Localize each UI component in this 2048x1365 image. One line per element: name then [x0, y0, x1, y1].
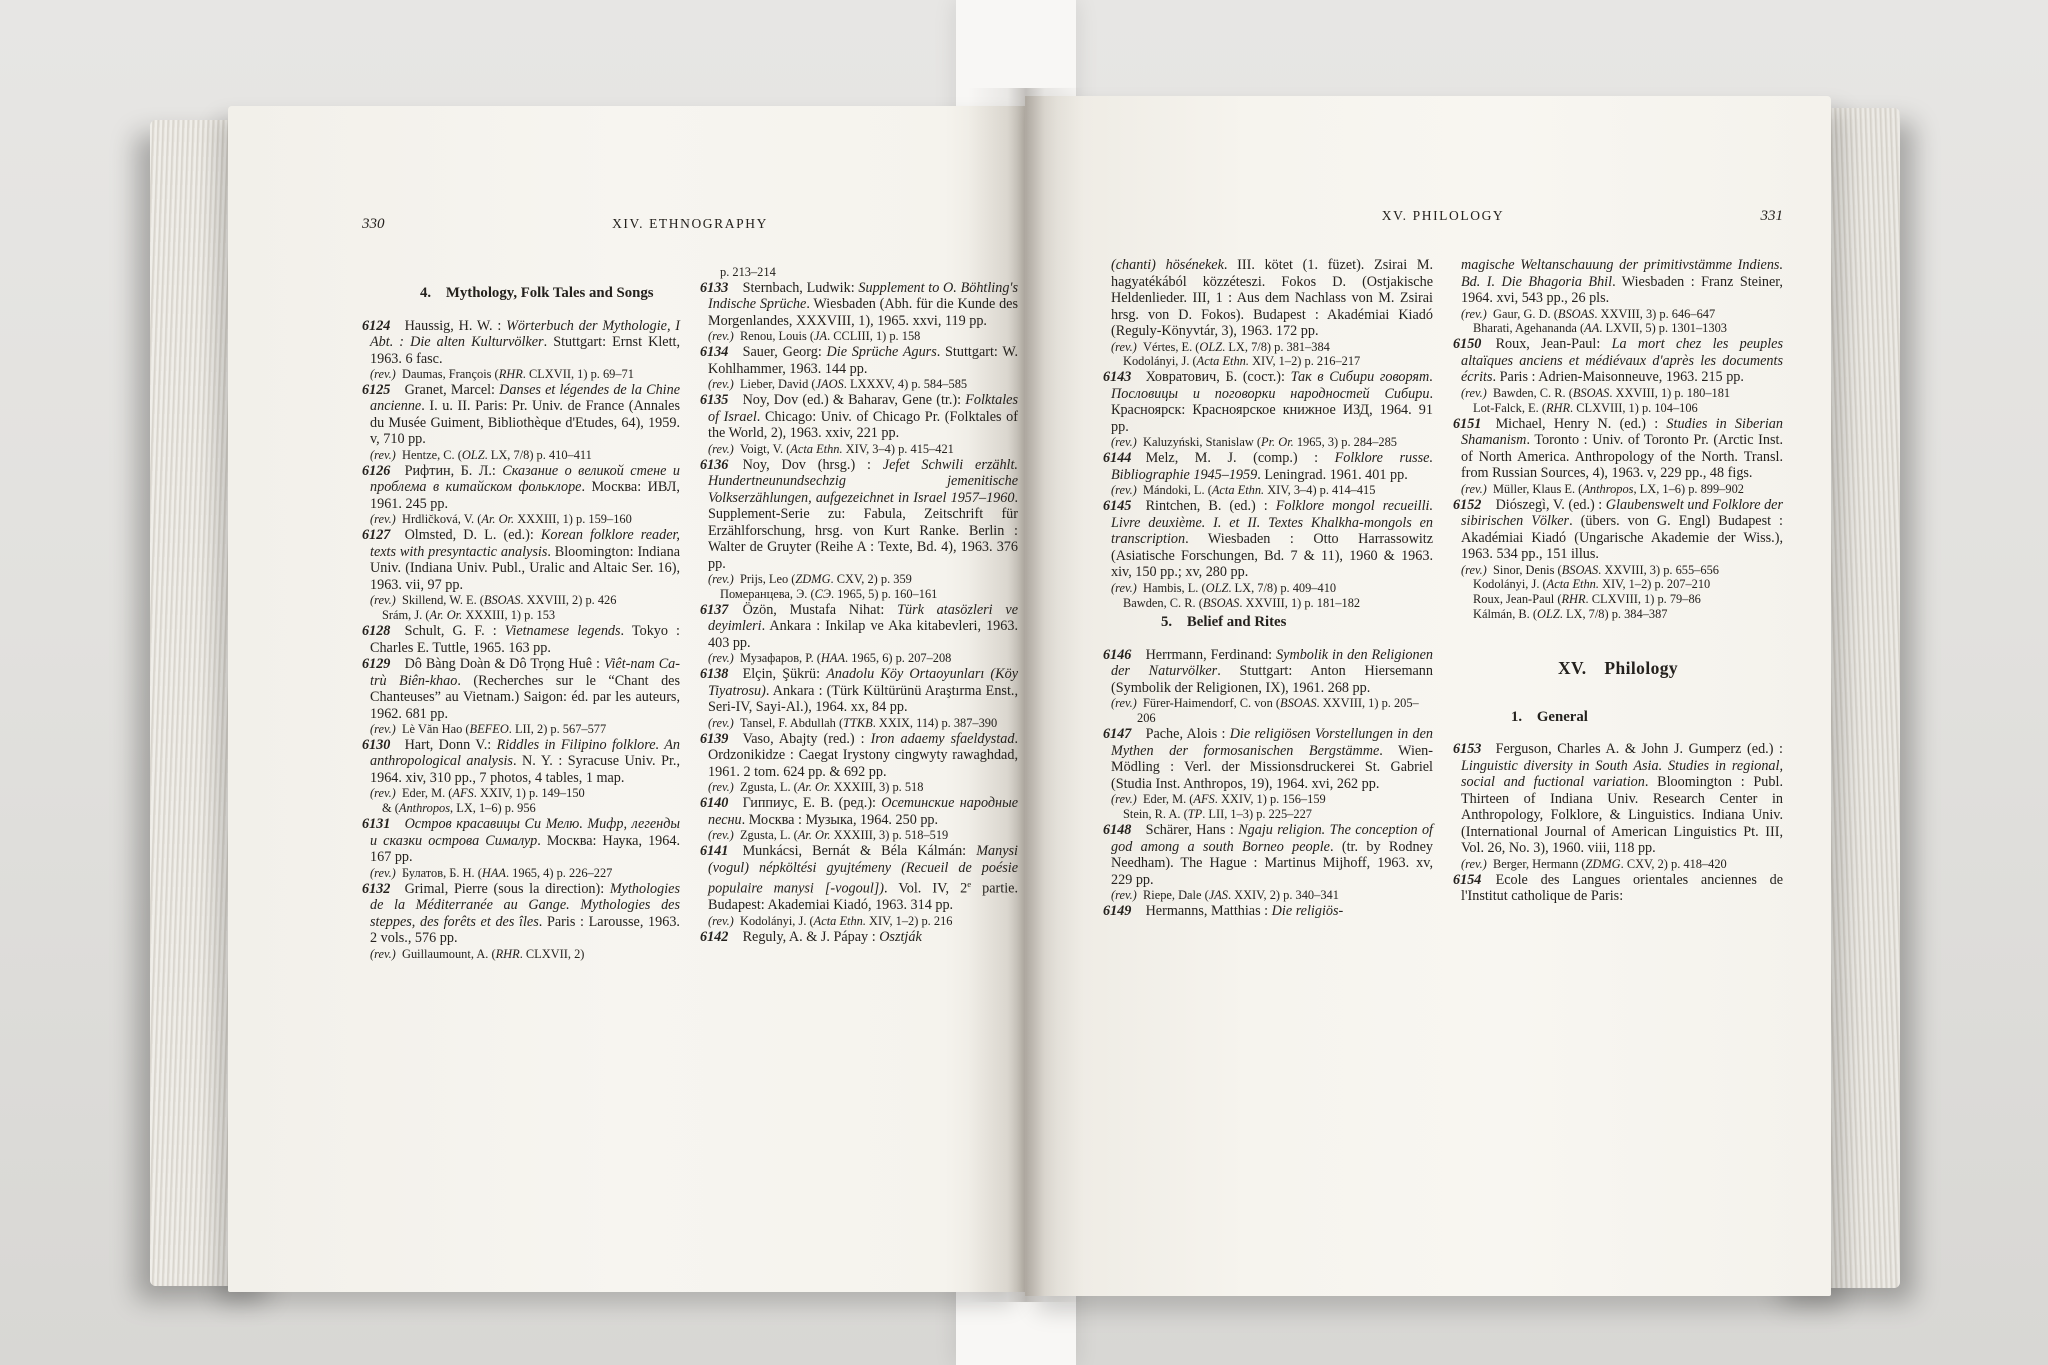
text-run: Olmsted, D. L. (ed.):: [390, 527, 541, 543]
text-run: Elçin, Şükrü:: [728, 666, 826, 682]
text-run: . LX, 7/8) p. 381–384: [1222, 340, 1330, 354]
text-run: Özön, Mustafa Nihat:: [728, 602, 897, 618]
running-head-title: XIV. ETHNOGRAPHY: [612, 216, 768, 232]
bib-entry: 6153 Ferguson, Charles A. & John J. Gump…: [1453, 741, 1783, 857]
review-line: (rev.) Hrdličková, V. (Ar. Or. XXXIII, 1…: [362, 512, 680, 527]
text-run: СЭ: [815, 587, 831, 601]
text-run: BSOAS: [1558, 307, 1594, 321]
text-run: Hermanns, Matthias :: [1131, 903, 1271, 919]
review-line: Kálmán, B. (OLZ. LX, 7/8) p. 384–387: [1453, 607, 1783, 622]
text-run: Музафаров, Р. (: [734, 651, 821, 665]
text-run: Acta Ethn.: [1212, 483, 1264, 497]
text-run: (rev.): [1111, 435, 1137, 449]
text-run: Voigt, V. (: [734, 442, 790, 456]
text-run: Belief and Rites: [1187, 614, 1286, 630]
text-run: Померанцева, Э. (: [720, 587, 815, 601]
text-run: Noy, Dov (ed.) & Baharav, Gene (tr.):: [728, 392, 965, 408]
review-line: (rev.) Zgusta, L. (Ar. Or. XXXIII, 3) p.…: [700, 828, 1018, 843]
bib-entry: 6124 Haussig, H. W. : Wörterbuch der Myt…: [362, 318, 680, 368]
text-run: . LX, 7/8) p. 409–410: [1228, 581, 1336, 595]
text-run: 6125: [362, 382, 390, 398]
text-run: 5.: [1161, 614, 1187, 630]
text-run: Berger, Hermann (: [1487, 857, 1586, 871]
text-run: (rev.): [708, 572, 734, 586]
text-run: Srám, J. (: [382, 608, 430, 622]
review-line: Bawden, C. R. (BSOAS. XXVIII, 1) p. 181–…: [1103, 596, 1433, 611]
text-run: . XXIX, 114) p. 387–390: [873, 716, 997, 730]
entry-continuation: magische Weltanschauung der primitivstäm…: [1453, 257, 1783, 307]
review-line: (rev.) Музафаров, Р. (НАА. 1965, 6) p. 2…: [700, 651, 1018, 666]
bib-entry: 6132 Grimal, Pierre (sous la direction):…: [362, 881, 680, 947]
text-run: OLZ: [462, 448, 485, 462]
text-run: 6129: [362, 656, 390, 672]
text-run: , LX, 1–6) p. 956: [450, 801, 536, 815]
review-line: Roux, Jean-Paul (RHR. CLXVIII, 1) p. 79–…: [1453, 592, 1783, 607]
text-run: Kodolányi, J. (: [1473, 577, 1547, 591]
text-run: (rev.): [1461, 386, 1487, 400]
text-run: Roux, Jean-Paul:: [1481, 336, 1611, 352]
bib-entry: 6134 Sauer, Georg: Die Sprüche Agurs. St…: [700, 344, 1018, 377]
text-run: Haussig, H. W. :: [390, 318, 506, 334]
text-run: . 1965, 4) p. 226–227: [506, 866, 612, 880]
text-run: НАА: [821, 651, 845, 665]
review-line: (rev.) Mándoki, L. (Acta Ethn. XIV, 3–4)…: [1103, 483, 1433, 498]
text-run: . LX, 7/8) p. 410–411: [485, 448, 592, 462]
bib-entry: 6128 Schult, G. F. : Vietnamese legends.…: [362, 623, 680, 656]
text-run: 6127: [362, 527, 390, 543]
text-run: (rev.): [708, 442, 734, 456]
text-run: BSOAS: [1573, 386, 1609, 400]
review-line: Stein, R. A. (TP. LII, 1–3) p. 225–227: [1103, 807, 1433, 822]
text-run: RHR: [496, 947, 520, 961]
text-run: НАА: [482, 866, 506, 880]
text-run: General: [1537, 709, 1588, 725]
text-run: . XXVIII, 3) p. 646–647: [1594, 307, 1715, 321]
text-run: Schult, G. F. :: [390, 623, 504, 639]
text-run: OLZ: [1199, 340, 1222, 354]
bib-entry: 6126 Рифтин, Б. Л.: Сказание о великой с…: [362, 463, 680, 513]
text-run: Diószegì, V. (ed.) :: [1481, 497, 1605, 513]
text-run: ZDMG: [795, 572, 830, 586]
text-run: Melz, M. J. (comp.) :: [1131, 450, 1334, 466]
bib-entry: 6145 Rintchen, B. (ed.) : Folklore mongo…: [1103, 498, 1433, 581]
text-run: 6152: [1453, 497, 1481, 513]
text-run: Ecole des Langues orientales anciennes d…: [1461, 872, 1783, 905]
text-run: Herrmann, Ferdinand:: [1131, 647, 1276, 663]
text-run: (rev.): [1111, 792, 1137, 806]
text-run: Lieber, David (: [734, 377, 816, 391]
review-line: (rev.) Hentze, C. (OLZ. LX, 7/8) p. 410–…: [362, 448, 680, 463]
review-line: (rev.) Sinor, Denis (BSOAS. XXVIII, 3) p…: [1453, 563, 1783, 578]
text-run: Roux, Jean-Paul (: [1473, 592, 1561, 606]
review-line: (rev.) Berger, Hermann (ZDMG. CXV, 2) p.…: [1453, 857, 1783, 872]
text-run: . CXV, 2) p. 418–420: [1621, 857, 1727, 871]
text-run: . Paris : Adrien-Maisonneuve, 1963. 215 …: [1493, 369, 1744, 385]
review-line: (rev.) Fürer-Haimendorf, C. von (BSOAS. …: [1103, 696, 1433, 726]
review-line: & (Anthropos, LX, 1–6) p. 956: [362, 801, 680, 816]
text-run: (rev.): [1461, 857, 1487, 871]
text-run: 6137: [700, 602, 728, 618]
text-run: XV. Philology: [1558, 658, 1678, 678]
text-run: 6130: [362, 737, 390, 753]
text-run: p. 213–214: [720, 265, 776, 279]
text-run: Zgusta, L. (: [734, 780, 798, 794]
text-run: 1.: [1511, 709, 1537, 725]
text-run: XXXIII, 1) p. 153: [462, 608, 555, 622]
text-run: . CCLIII, 1) p. 158: [827, 329, 920, 343]
text-run: Vaso, Abajty (red.) :: [728, 731, 870, 747]
right-page-text: XV. PHILOLOGY 331 (chanti) hösénekek. II…: [1103, 208, 1783, 919]
text-run: . XXVIII, 1) p. 180–181: [1609, 386, 1730, 400]
text-run: Ar. Or.: [798, 780, 831, 794]
text-run: Schärer, Hans :: [1131, 822, 1238, 838]
text-run: 6144: [1103, 450, 1131, 466]
text-run: Renou, Louis (: [734, 329, 814, 343]
bib-entry: 6143 Ховратович, Б. (сост.): Так в Сибир…: [1103, 369, 1433, 435]
text-run: (rev.): [370, 512, 396, 526]
text-run: (rev.): [1111, 581, 1137, 595]
text-run: XIV, 1–2) p. 216: [866, 914, 953, 928]
text-run: (rev.): [708, 716, 734, 730]
text-run: XIV, 3–4) p. 414–415: [1264, 483, 1375, 497]
text-run: Hambis, L. (: [1137, 581, 1206, 595]
bib-entry: 6149 Hermanns, Matthias : Die religiös-: [1103, 903, 1433, 920]
text-run: Granet, Marcel:: [390, 382, 499, 398]
text-run: Die Sprüche Agurs: [827, 344, 937, 360]
text-run: Acta Ethn.: [1547, 577, 1599, 591]
running-head-right: XV. PHILOLOGY 331: [1103, 208, 1783, 225]
text-run: Michael, Henry N. (ed.) :: [1481, 416, 1666, 432]
text-run: Daumas, François (: [396, 367, 499, 381]
page-number: 331: [1737, 208, 1783, 225]
review-line: (rev.) Hambis, L. (OLZ. LX, 7/8) p. 409–…: [1103, 581, 1433, 596]
text-run: Булатов, Б. Н. (: [396, 866, 482, 880]
text-run: 6132: [362, 881, 390, 897]
text-run: 6147: [1103, 726, 1131, 742]
text-run: Guillaumount, A. (: [396, 947, 496, 961]
text-run: Lè Văn Hao (: [396, 722, 470, 736]
review-line: (rev.) Vértes, E. (OLZ. LX, 7/8) p. 381–…: [1103, 340, 1433, 355]
text-run: . XXVIII, 3) p. 655–656: [1598, 563, 1719, 577]
text-run: Anthropos: [1582, 482, 1633, 496]
text-run: Bawden, C. R. (: [1487, 386, 1573, 400]
text-run: [390, 816, 404, 832]
text-run: Fürer-Haimendorf, C. von (: [1137, 696, 1280, 710]
review-line: Srám, J. (Ar. Or. XXXIII, 1) p. 153: [362, 608, 680, 623]
text-run: (rev.): [370, 593, 396, 607]
text-run: 6141: [700, 843, 728, 859]
text-run: Gaur, G. D. (: [1487, 307, 1558, 321]
text-run: (rev.): [708, 329, 734, 343]
review-line: Kodolányi, J. (Acta Ethn. XIV, 1–2) p. 2…: [1453, 577, 1783, 592]
page-number: 330: [362, 216, 408, 233]
text-run: . XXVIII, 1) p. 181–182: [1239, 596, 1360, 610]
text-run: (rev.): [1111, 696, 1137, 710]
text-run: RHR: [1546, 401, 1570, 415]
review-line: p. 213–214: [700, 265, 1018, 280]
text-run: 6148: [1103, 822, 1131, 838]
text-run: BEFEO: [470, 722, 509, 736]
text-run: (rev.): [708, 828, 734, 842]
text-run: . XXIV, 1) p. 156–159: [1215, 792, 1326, 806]
text-run: Рифтин, Б. Л.:: [390, 463, 502, 479]
text-run: Kaluzyński, Stanislaw (: [1137, 435, 1261, 449]
text-run: . XXIV, 2) p. 340–341: [1228, 888, 1339, 902]
text-run: JAOS: [816, 377, 844, 391]
review-line: (rev.) Guillaumount, A. (RHR. CLXVII, 2): [362, 947, 680, 962]
section-heading: 1. General: [1453, 709, 1783, 726]
text-run: Bharati, Agehananda (: [1473, 321, 1584, 335]
text-run: Riepe, Dale (: [1137, 888, 1209, 902]
review-line: Померанцева, Э. (СЭ. 1965, 5) p. 160–161: [700, 587, 1018, 602]
review-line: (rev.) Lieber, David (JAOS. LXXXV, 4) p.…: [700, 377, 1018, 392]
bib-entry: 6144 Melz, M. J. (comp.) : Folklore russ…: [1103, 450, 1433, 483]
text-run: . CLXVII, 1) p. 69–71: [523, 367, 634, 381]
text-run: AFS: [452, 786, 473, 800]
text-run: XXXIII, 3) p. 518: [831, 780, 924, 794]
column-2: p. 213–2146133 Sternbach, Ludwik: Supple…: [700, 265, 1018, 962]
text-run: 6153: [1453, 741, 1481, 757]
text-run: Osztják: [879, 929, 922, 945]
review-line: (rev.) Gaur, G. D. (BSOAS. XXVIII, 3) p.…: [1453, 307, 1783, 322]
text-run: 6128: [362, 623, 390, 639]
text-run: Pr. Or.: [1261, 435, 1294, 449]
running-head-title: XV. PHILOLOGY: [1382, 208, 1505, 224]
review-line: (rev.) Daumas, François (RHR. CLXVII, 1)…: [362, 367, 680, 382]
text-run: . 1965, 6) p. 207–208: [845, 651, 951, 665]
text-run: Tansel, F. Abdullah (: [734, 716, 843, 730]
chapter-heading: XV. Philology: [1453, 660, 1783, 677]
text-run: Rintchen, B. (ed.) :: [1131, 498, 1275, 514]
text-run: Mythology, Folk Tales and Songs: [446, 285, 654, 301]
review-line: (rev.) Renou, Louis (JA. CCLIII, 1) p. 1…: [700, 329, 1018, 344]
bib-entry: 6142 Reguly, A. & J. Pápay : Osztják: [700, 929, 1018, 946]
text-run: Hentze, C. (: [396, 448, 462, 462]
bib-entry: 6129 Dô Bàng Doàn & Dô Trọng Huê : Viêt-…: [362, 656, 680, 722]
text-run: Pache, Alois :: [1131, 726, 1229, 742]
column-4: magische Weltanschauung der primitivstäm…: [1453, 257, 1783, 919]
text-run: Kodolányi, J. (: [734, 914, 814, 928]
bib-entry: 6151 Michael, Henry N. (ed.) : Studies i…: [1453, 416, 1783, 482]
text-run: (rev.): [370, 367, 396, 381]
text-run: (rev.): [1461, 307, 1487, 321]
text-run: AA: [1584, 321, 1599, 335]
text-run: BSOAS: [484, 593, 520, 607]
bib-entry: 6139 Vaso, Abajty (red.) : Iron adaemy s…: [700, 731, 1018, 781]
left-page-columns: 4. Mythology, Folk Tales and Songs6124 H…: [362, 265, 1018, 962]
text-run: Ferguson, Charles A. & John J. Gumperz (…: [1481, 741, 1783, 757]
text-run: Iron adaemy sfaeldystad: [871, 731, 1015, 747]
text-run: RHR: [1561, 592, 1585, 606]
text-run: (rev.): [370, 722, 396, 736]
section-heading: 5. Belief and Rites: [1103, 614, 1433, 631]
text-run: . CLXVIII, 1) p. 104–106: [1570, 401, 1698, 415]
text-run: 6138: [700, 666, 728, 682]
review-line: (rev.) Tansel, F. Abdullah (TTKB. XXIX, …: [700, 716, 1018, 731]
review-line: (rev.) Riepe, Dale (JAS. XXIV, 2) p. 340…: [1103, 888, 1433, 903]
text-run: . 1965, 5) p. 160–161: [831, 587, 937, 601]
text-run: 4.: [420, 285, 446, 301]
entry-continuation: (chanti) hösénekek. III. kötet (1. füzet…: [1103, 257, 1433, 340]
text-run: Prijs, Leo (: [734, 572, 796, 586]
text-run: Ховратович, Б. (сост.):: [1131, 369, 1290, 385]
text-run: Die religiös-: [1272, 903, 1344, 919]
text-run: Eder, M. (: [396, 786, 453, 800]
review-line: (rev.) Kaluzyński, Stanislaw (Pr. Or. 19…: [1103, 435, 1433, 450]
text-run: Vértes, E. (: [1137, 340, 1200, 354]
text-run: Zgusta, L. (: [734, 828, 798, 842]
text-run: 6139: [700, 731, 728, 747]
review-line: Bharati, Agehananda (AA. LXVII, 5) p. 13…: [1453, 321, 1783, 336]
section-heading: 4. Mythology, Folk Tales and Songs: [362, 285, 680, 302]
text-run: 6126: [362, 463, 390, 479]
text-run: . Vol. IV, 2: [884, 881, 967, 897]
text-run: (rev.): [370, 866, 396, 880]
text-run: AFS: [1193, 792, 1214, 806]
bib-entry: 6148 Schärer, Hans : Ngaju religion. The…: [1103, 822, 1433, 888]
review-line: (rev.) Voigt, V. (Acta Ethn. XIV, 3–4) p…: [700, 442, 1018, 457]
text-run: (rev.): [708, 651, 734, 665]
text-run: (rev.): [708, 914, 734, 928]
text-run: 6150: [1453, 336, 1481, 352]
review-line: (rev.) Eder, M. (AFS. XXIV, 1) p. 156–15…: [1103, 792, 1433, 807]
left-page-text: 330 XIV. ETHNOGRAPHY 4. Mythology, Folk …: [362, 216, 1018, 962]
right-page-columns: (chanti) hösénekek. III. kötet (1. füzet…: [1103, 257, 1783, 919]
text-run: . LX, 7/8) p. 384–387: [1560, 607, 1668, 621]
text-run: (rev.): [1111, 483, 1137, 497]
text-run: (rev.): [370, 786, 396, 800]
text-run: (rev.): [708, 780, 734, 794]
bib-entry: 6152 Diószegì, V. (ed.) : Glaubenswelt u…: [1453, 497, 1783, 563]
text-run: 6134: [700, 344, 728, 360]
text-run: Kálmán, B. (: [1473, 607, 1537, 621]
text-run: . LII, 1–3) p. 225–227: [1202, 807, 1312, 821]
bib-entry: 6136 Noy, Dov (hrsg.) : Jefet Schwili er…: [700, 457, 1018, 573]
text-run: & (: [382, 801, 399, 815]
text-run: 6133: [700, 280, 728, 296]
text-run: Müller, Klaus E. (: [1487, 482, 1583, 496]
review-line: Lot-Falck, E. (RHR. CLXVIII, 1) p. 104–1…: [1453, 401, 1783, 416]
bib-entry: 6137 Özön, Mustafa Nihat: Türk atasözler…: [700, 602, 1018, 652]
text-run: 6140: [700, 795, 728, 811]
review-line: (rev.) Müller, Klaus E. (Anthropos, LX, …: [1453, 482, 1783, 497]
review-line: (rev.) Skillend, W. E. (BSOAS. XXVIII, 2…: [362, 593, 680, 608]
review-line: Kodolányi, J. (Acta Ethn. XIV, 1–2) p. 2…: [1103, 354, 1433, 369]
text-run: (rev.): [370, 448, 396, 462]
bib-entry: 6131 Остров красавицы Си Мелю. Мифр, лег…: [362, 816, 680, 866]
text-run: BSOAS: [1280, 696, 1316, 710]
text-run: Acta Ethn.: [790, 442, 842, 456]
text-run: 6142: [700, 929, 728, 945]
text-run: 6131: [362, 816, 390, 832]
bib-entry: 6141 Munkácsi, Bernát & Béla Kálmán: Man…: [700, 843, 1018, 914]
bib-entry: 6154 Ecole des Langues orientales ancien…: [1453, 872, 1783, 905]
text-run: Sternbach, Ludwik:: [728, 280, 858, 296]
review-line: (rev.) Bawden, C. R. (BSOAS. XXVIII, 1) …: [1453, 386, 1783, 401]
text-run: Sauer, Georg:: [728, 344, 826, 360]
text-run: (rev.): [1111, 340, 1137, 354]
text-run: XIV, 3–4) p. 415–421: [843, 442, 954, 456]
text-run: . XXVIII, 2) p. 426: [520, 593, 616, 607]
text-run: TTKB: [843, 716, 873, 730]
column-3: (chanti) hösénekek. III. kötet (1. füzet…: [1103, 257, 1433, 919]
text-run: . LXVII, 5) p. 1301–1303: [1599, 321, 1727, 335]
text-run: (rev.): [1461, 563, 1487, 577]
text-run: Hart, Donn V.:: [390, 737, 496, 753]
review-line: (rev.) Lè Văn Hao (BEFEO. LII, 2) p. 567…: [362, 722, 680, 737]
text-run: 6154: [1453, 872, 1481, 888]
text-run: Гиппиус, Е. В. (ред.):: [728, 795, 881, 811]
text-run: TP: [1188, 807, 1202, 821]
text-run: (rev.): [370, 947, 396, 961]
bib-entry: 6127 Olmsted, D. L. (ed.): Korean folklo…: [362, 527, 680, 593]
text-run: (rev.): [1111, 888, 1137, 902]
text-run: 6149: [1103, 903, 1131, 919]
text-run: 6124: [362, 318, 390, 334]
text-run: . XXIV, 1) p. 149–150: [474, 786, 585, 800]
text-run: 1965, 3) p. 284–285: [1294, 435, 1397, 449]
bib-entry: 6125 Granet, Marcel: Danses et légendes …: [362, 382, 680, 448]
text-run: XXXIII, 3) p. 518–519: [831, 828, 949, 842]
text-run: 6136: [700, 457, 728, 473]
text-run: Mándoki, L. (: [1137, 483, 1212, 497]
review-line: (rev.) Eder, M. (AFS. XXIV, 1) p. 149–15…: [362, 786, 680, 801]
text-run: ZDMG: [1586, 857, 1621, 871]
text-run: 6135: [700, 392, 728, 408]
text-run: . LXXXV, 4) p. 584–585: [844, 377, 967, 391]
bib-entry: 6138 Elçin, Şükrü: Anadolu Köy Ortaoyunl…: [700, 666, 1018, 716]
column-1: 4. Mythology, Folk Tales and Songs6124 H…: [362, 265, 680, 962]
text-run: Stein, R. A. (: [1123, 807, 1188, 821]
text-run: . Leningrad. 1961. 401 pp.: [1257, 467, 1408, 483]
text-run: Lot-Falck, E. (: [1473, 401, 1546, 415]
text-run: 6151: [1453, 416, 1481, 432]
text-run: Ar. Or.: [430, 608, 463, 622]
text-run: Anthropos: [399, 801, 450, 815]
text-run: (rev.): [708, 377, 734, 391]
text-run: Reguly, A. & J. Pápay :: [728, 929, 879, 945]
text-run: 6146: [1103, 647, 1131, 663]
bib-entry: 6133 Sternbach, Ludwik: Supplement to O.…: [700, 280, 1018, 330]
text-run: BSOAS: [1562, 563, 1598, 577]
text-run: . Москва : Музыка, 1964. 250 pp.: [742, 812, 938, 828]
text-run: Acta Ethn.: [1197, 354, 1249, 368]
text-run: Bawden, C. R. (: [1123, 596, 1203, 610]
text-run: . CLXVIII, 1) p. 79–86: [1586, 592, 1701, 606]
text-run: XIV, 1–2) p. 216–217: [1249, 354, 1360, 368]
text-run: JA: [814, 329, 827, 343]
bib-entry: 6146 Herrmann, Ferdinand: Symbolik in de…: [1103, 647, 1433, 697]
text-run: Skillend, W. E. (: [396, 593, 484, 607]
review-line: (rev.) Zgusta, L. (Ar. Or. XXXIII, 3) p.…: [700, 780, 1018, 795]
text-run: Munkácsi, Bernát & Béla Kálmán:: [728, 843, 976, 859]
text-run: XIV, 1–2) p. 207–210: [1599, 577, 1710, 591]
text-run: Grimal, Pierre (sous la direction):: [390, 881, 609, 897]
text-run: 6143: [1103, 369, 1131, 385]
running-head-left: 330 XIV. ETHNOGRAPHY: [362, 216, 1018, 233]
text-run: Vietnamese legends: [505, 623, 621, 639]
text-run: OLZ: [1537, 607, 1560, 621]
text-run: Sinor, Denis (: [1487, 563, 1562, 577]
review-line: (rev.) Булатов, Б. Н. (НАА. 1965, 4) p. …: [362, 866, 680, 881]
book-photo: 330 XIV. ETHNOGRAPHY 4. Mythology, Folk …: [0, 0, 2048, 1365]
review-line: (rev.) Kodolányi, J. (Acta Ethn. XIV, 1–…: [700, 914, 1018, 929]
text-run: XXXIII, 1) p. 159–160: [514, 512, 632, 526]
text-run: JAS: [1209, 888, 1228, 902]
text-run: 6145: [1103, 498, 1131, 514]
bib-entry: 6150 Roux, Jean-Paul: La mort chez les p…: [1453, 336, 1783, 386]
text-run: . CLXVII, 2): [520, 947, 585, 961]
